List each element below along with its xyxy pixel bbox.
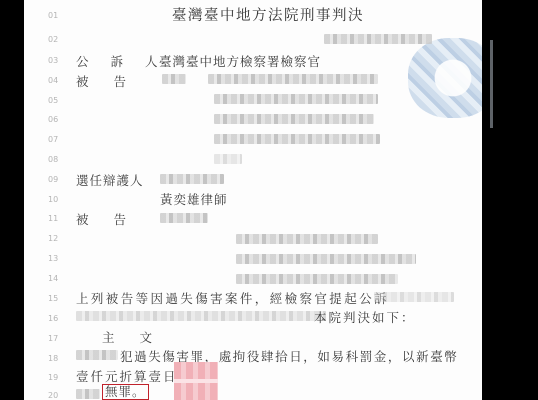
redacted-defendant-name <box>76 350 118 360</box>
court-seal-redacted <box>408 38 482 118</box>
redacted-text <box>214 134 380 144</box>
redacted-defendant-name-2 <box>160 213 208 223</box>
line-number: 20 <box>48 391 64 400</box>
redacted-text <box>236 254 416 264</box>
line-number: 04 <box>48 76 64 85</box>
document-title: 臺灣臺中地方法院刑事判決 <box>172 4 364 25</box>
red-seal-redacted <box>174 362 218 400</box>
redacted-text <box>214 114 374 124</box>
line-number: 18 <box>48 354 64 363</box>
line-number: 03 <box>48 56 64 65</box>
defense-counsel-name: 黃奕雄律師 <box>160 190 228 208</box>
line-number: 14 <box>48 274 64 283</box>
line-number: 10 <box>48 195 64 204</box>
judgment-intro: 本院判決如下： <box>314 308 416 326</box>
line-number: 07 <box>48 135 64 144</box>
redacted-text <box>236 234 378 244</box>
redacted-defendant-name <box>162 74 186 84</box>
defendant-label: 被 告 <box>76 72 126 90</box>
redacted-text <box>214 154 242 164</box>
line-number: 15 <box>48 294 64 303</box>
line-number: 01 <box>48 11 64 20</box>
redacted-text <box>374 292 454 302</box>
line-number: 13 <box>48 254 64 263</box>
line-number: 16 <box>48 314 64 323</box>
line-number: 11 <box>48 214 64 223</box>
line-number: 02 <box>48 35 64 44</box>
line-number: 09 <box>48 175 64 184</box>
redacted-text <box>76 311 326 321</box>
line-number: 08 <box>48 155 64 164</box>
redacted-text <box>236 274 398 284</box>
prosecutor-label: 公 訴 人 <box>76 52 166 70</box>
case-summary-line: 上列被告等因過失傷害案件，經檢察官提起公訴 <box>76 289 389 307</box>
redacted-case-number <box>324 34 432 44</box>
acquittal-verdict-highlight: 無罪。 <box>102 384 149 400</box>
sentence-line: 犯過失傷害罪，處拘役肆拾日，如易科罰金，以新臺幣 <box>120 347 458 365</box>
judgment-document-page: 01 02 03 04 05 06 07 08 09 10 11 12 13 1… <box>24 0 482 400</box>
line-number: 05 <box>48 96 64 105</box>
redacted-text <box>214 94 378 104</box>
line-number: 17 <box>48 334 64 343</box>
redacted-defendant-name <box>76 389 100 399</box>
line-number: 12 <box>48 234 64 243</box>
defendant-label-2: 被 告 <box>76 210 126 228</box>
scrollbar-thumb[interactable] <box>490 40 493 128</box>
redacted-defendant-info <box>208 74 378 84</box>
line-number: 19 <box>48 373 64 382</box>
line-number: 06 <box>48 115 64 124</box>
defense-counsel-label: 選任辯護人 <box>76 171 144 189</box>
main-text-heading: 主 文 <box>102 328 152 346</box>
prosecutor-value: 臺灣臺中地方檢察署檢察官 <box>159 52 321 70</box>
sentence-conversion-line: 壹仟元折算壹日 <box>76 367 178 385</box>
redacted-counsel-name <box>160 174 224 184</box>
